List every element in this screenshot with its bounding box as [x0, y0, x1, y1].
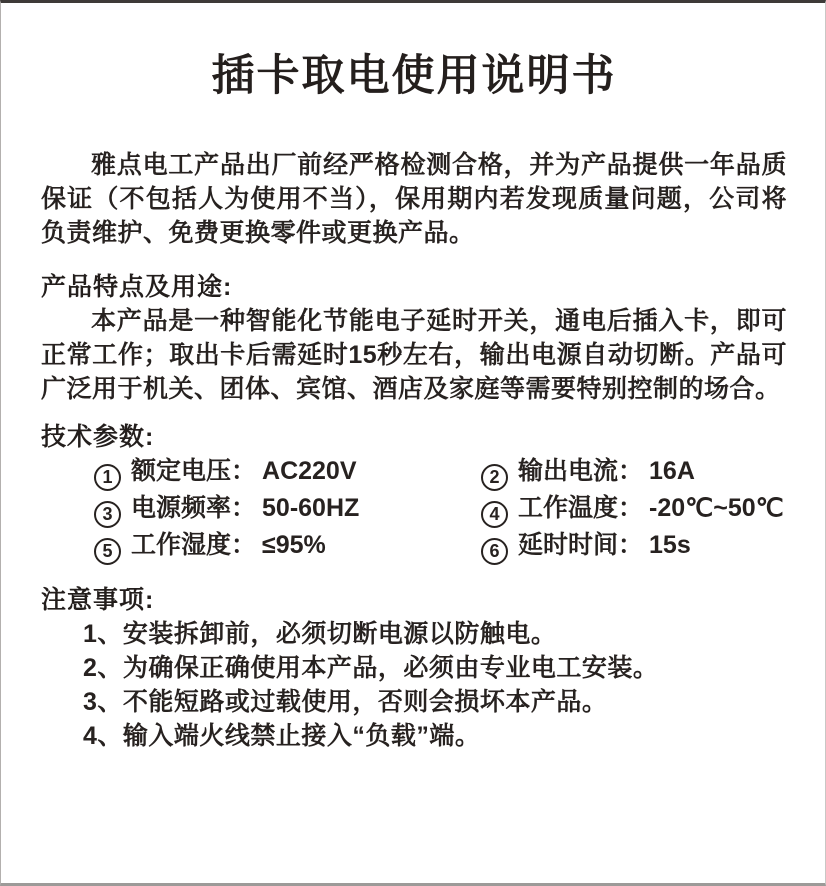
spec-value: 15s: [649, 531, 691, 559]
spec-item-delay-time: 6延时时间：15s: [481, 528, 787, 565]
spec-item-working-humidity: 5工作湿度：≤95%: [94, 528, 481, 565]
spec-value: 16A: [649, 457, 695, 485]
spec-value: 50-60HZ: [262, 494, 359, 522]
spec-label: 工作温度：: [518, 494, 643, 522]
spec-item-working-temperature: 4工作温度：-20℃~50℃: [481, 491, 787, 528]
section-heading-notes: 注意事项:: [41, 583, 787, 617]
spec-value: ≤95%: [262, 531, 326, 559]
section-heading-specs: 技术参数:: [41, 420, 787, 454]
features-paragraph: 本产品是一种智能化节能电子延时开关，通电后插入卡，即可正常工作；取出卡后需延时1…: [41, 304, 787, 406]
notes-list: 1、安装拆卸前，必须切断电源以防触电。 2、为确保正确使用本产品，必须由专业电工…: [41, 617, 787, 753]
circled-number-4: 4: [481, 501, 508, 528]
circled-number-2: 2: [481, 464, 508, 491]
spec-value: -20℃~50℃: [649, 494, 784, 522]
spec-label: 工作湿度：: [131, 531, 256, 559]
note-item-4: 4、输入端火线禁止接入“负载”端。: [83, 719, 787, 753]
instruction-manual-page: 插卡取电使用说明书 雅点电工产品出厂前经严格检测合格，并为产品提供一年品质保证（…: [0, 0, 826, 886]
spec-label: 电源频率：: [131, 494, 256, 522]
circled-number-5: 5: [94, 538, 121, 565]
spec-label: 输出电流：: [518, 457, 643, 485]
note-item-1: 1、安装拆卸前，必须切断电源以防触电。: [83, 617, 787, 651]
note-item-2: 2、为确保正确使用本产品，必须由专业电工安装。: [83, 651, 787, 685]
circled-number-1: 1: [94, 464, 121, 491]
circled-number-3: 3: [94, 501, 121, 528]
spec-value: AC220V: [262, 457, 357, 485]
spec-item-power-frequency: 3电源频率：50-60HZ: [94, 491, 481, 528]
circled-number-6: 6: [481, 538, 508, 565]
spec-label: 延时时间：: [518, 531, 643, 559]
warranty-paragraph: 雅点电工产品出厂前经严格检测合格，并为产品提供一年品质保证（不包括人为使用不当）…: [41, 148, 787, 250]
spec-item-rated-voltage: 1额定电压：AC220V: [94, 454, 481, 491]
spec-label: 额定电压：: [131, 457, 256, 485]
spec-item-output-current: 2输出电流：16A: [481, 454, 787, 491]
specs-grid: 1额定电压：AC220V 2输出电流：16A 3电源频率：50-60HZ 4工作…: [41, 454, 787, 565]
page-title: 插卡取电使用说明书: [41, 49, 787, 103]
section-heading-features: 产品特点及用途:: [41, 270, 787, 304]
note-item-3: 3、不能短路或过载使用，否则会损坏本产品。: [83, 685, 787, 719]
